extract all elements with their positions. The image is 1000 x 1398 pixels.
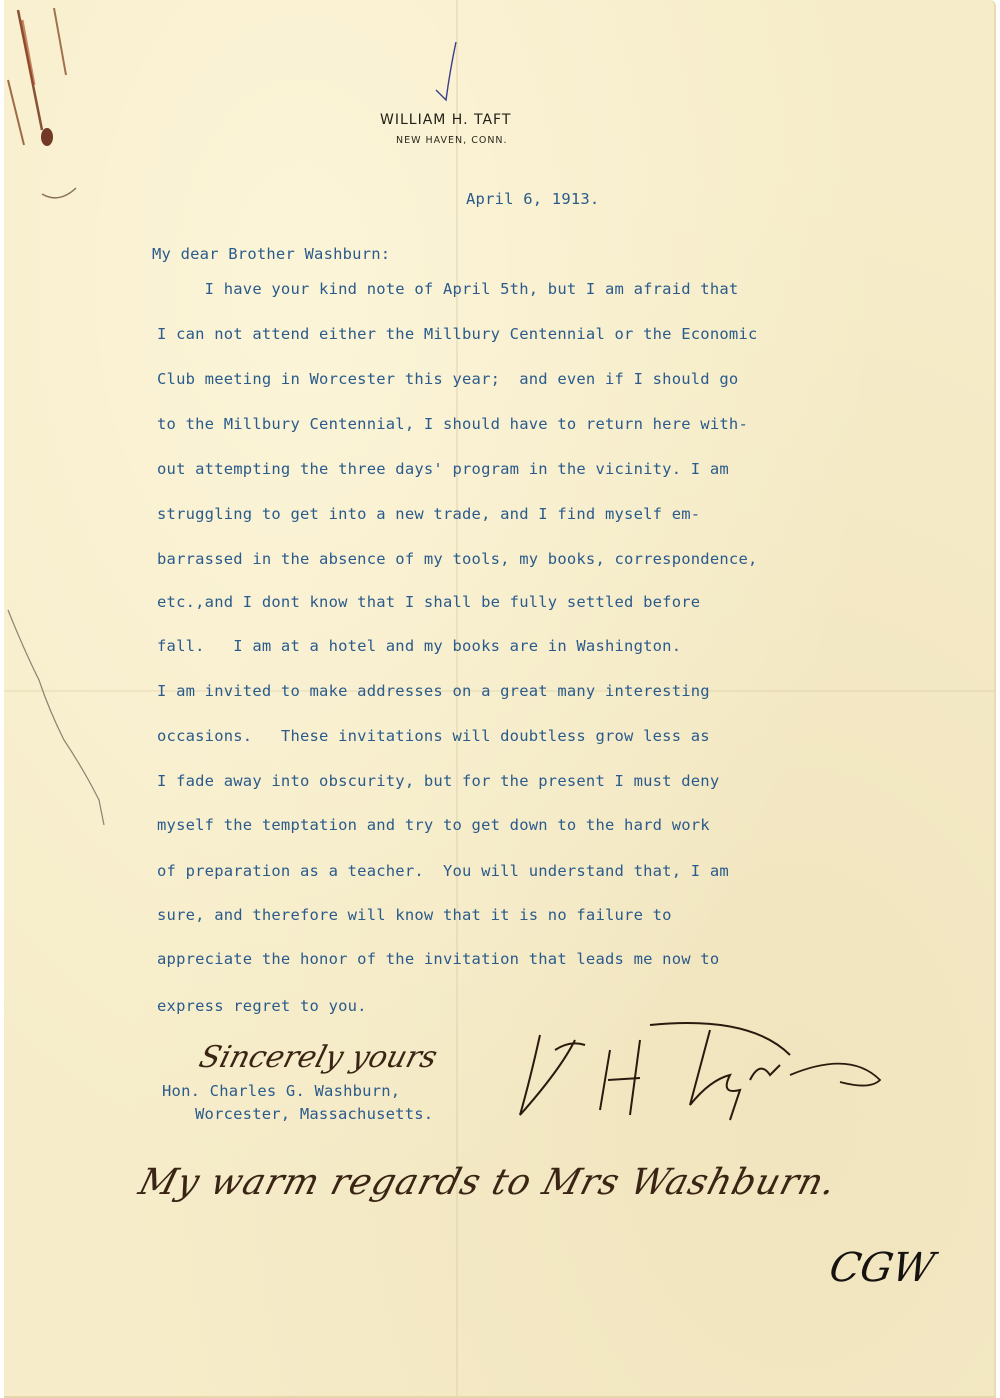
body-line: of preparation as a teacher. You will un… — [157, 862, 729, 880]
body-line: I am invited to make addresses on a grea… — [157, 682, 710, 700]
handwritten-postscript: My warm regards to Mrs Washburn. — [135, 1162, 842, 1203]
addressee-location: Worcester, Massachusetts. — [195, 1105, 433, 1123]
body-line: occasions. These invitations will doubtl… — [157, 727, 710, 745]
letter-date: April 6, 1913. — [466, 190, 599, 208]
body-line: to the Millbury Centennial, I should hav… — [157, 415, 748, 433]
body-line: sure, and therefore will know that it is… — [157, 906, 672, 924]
body-line: appreciate the honor of the invitation t… — [157, 950, 719, 968]
body-line: I have your kind note of April 5th, but … — [157, 280, 738, 298]
salutation: My dear Brother Washburn: — [152, 245, 390, 263]
body-line: etc.,and I dont know that I shall be ful… — [157, 593, 700, 611]
body-line: out attempting the three days' program i… — [157, 460, 729, 478]
letterhead-place: NEW HAVEN, CONN. — [396, 135, 508, 146]
handwritten-closing: Sincerely yours — [195, 1040, 441, 1075]
body-line: fall. I am at a hotel and my books are i… — [157, 637, 681, 655]
letterhead-name: WILLIAM H. TAFT — [380, 112, 511, 128]
handwritten-initials: CGW — [826, 1245, 938, 1291]
body-line: Club meeting in Worcester this year; and… — [157, 370, 738, 388]
paper-tear-line — [4, 600, 114, 840]
body-line: barrassed in the absence of my tools, my… — [157, 550, 758, 568]
signature-icon — [500, 1020, 900, 1130]
body-line: express regret to you. — [157, 997, 367, 1015]
body-line: I fade away into obscurity, but for the … — [157, 772, 719, 790]
body-line: I can not attend either the Millbury Cen… — [157, 325, 758, 343]
check-mark-icon — [434, 40, 464, 105]
ink-stain-marks — [4, 0, 84, 210]
addressee-name: Hon. Charles G. Washburn, — [162, 1082, 400, 1100]
body-line: myself the temptation and try to get dow… — [157, 816, 710, 834]
body-line: struggling to get into a new trade, and … — [157, 505, 700, 523]
